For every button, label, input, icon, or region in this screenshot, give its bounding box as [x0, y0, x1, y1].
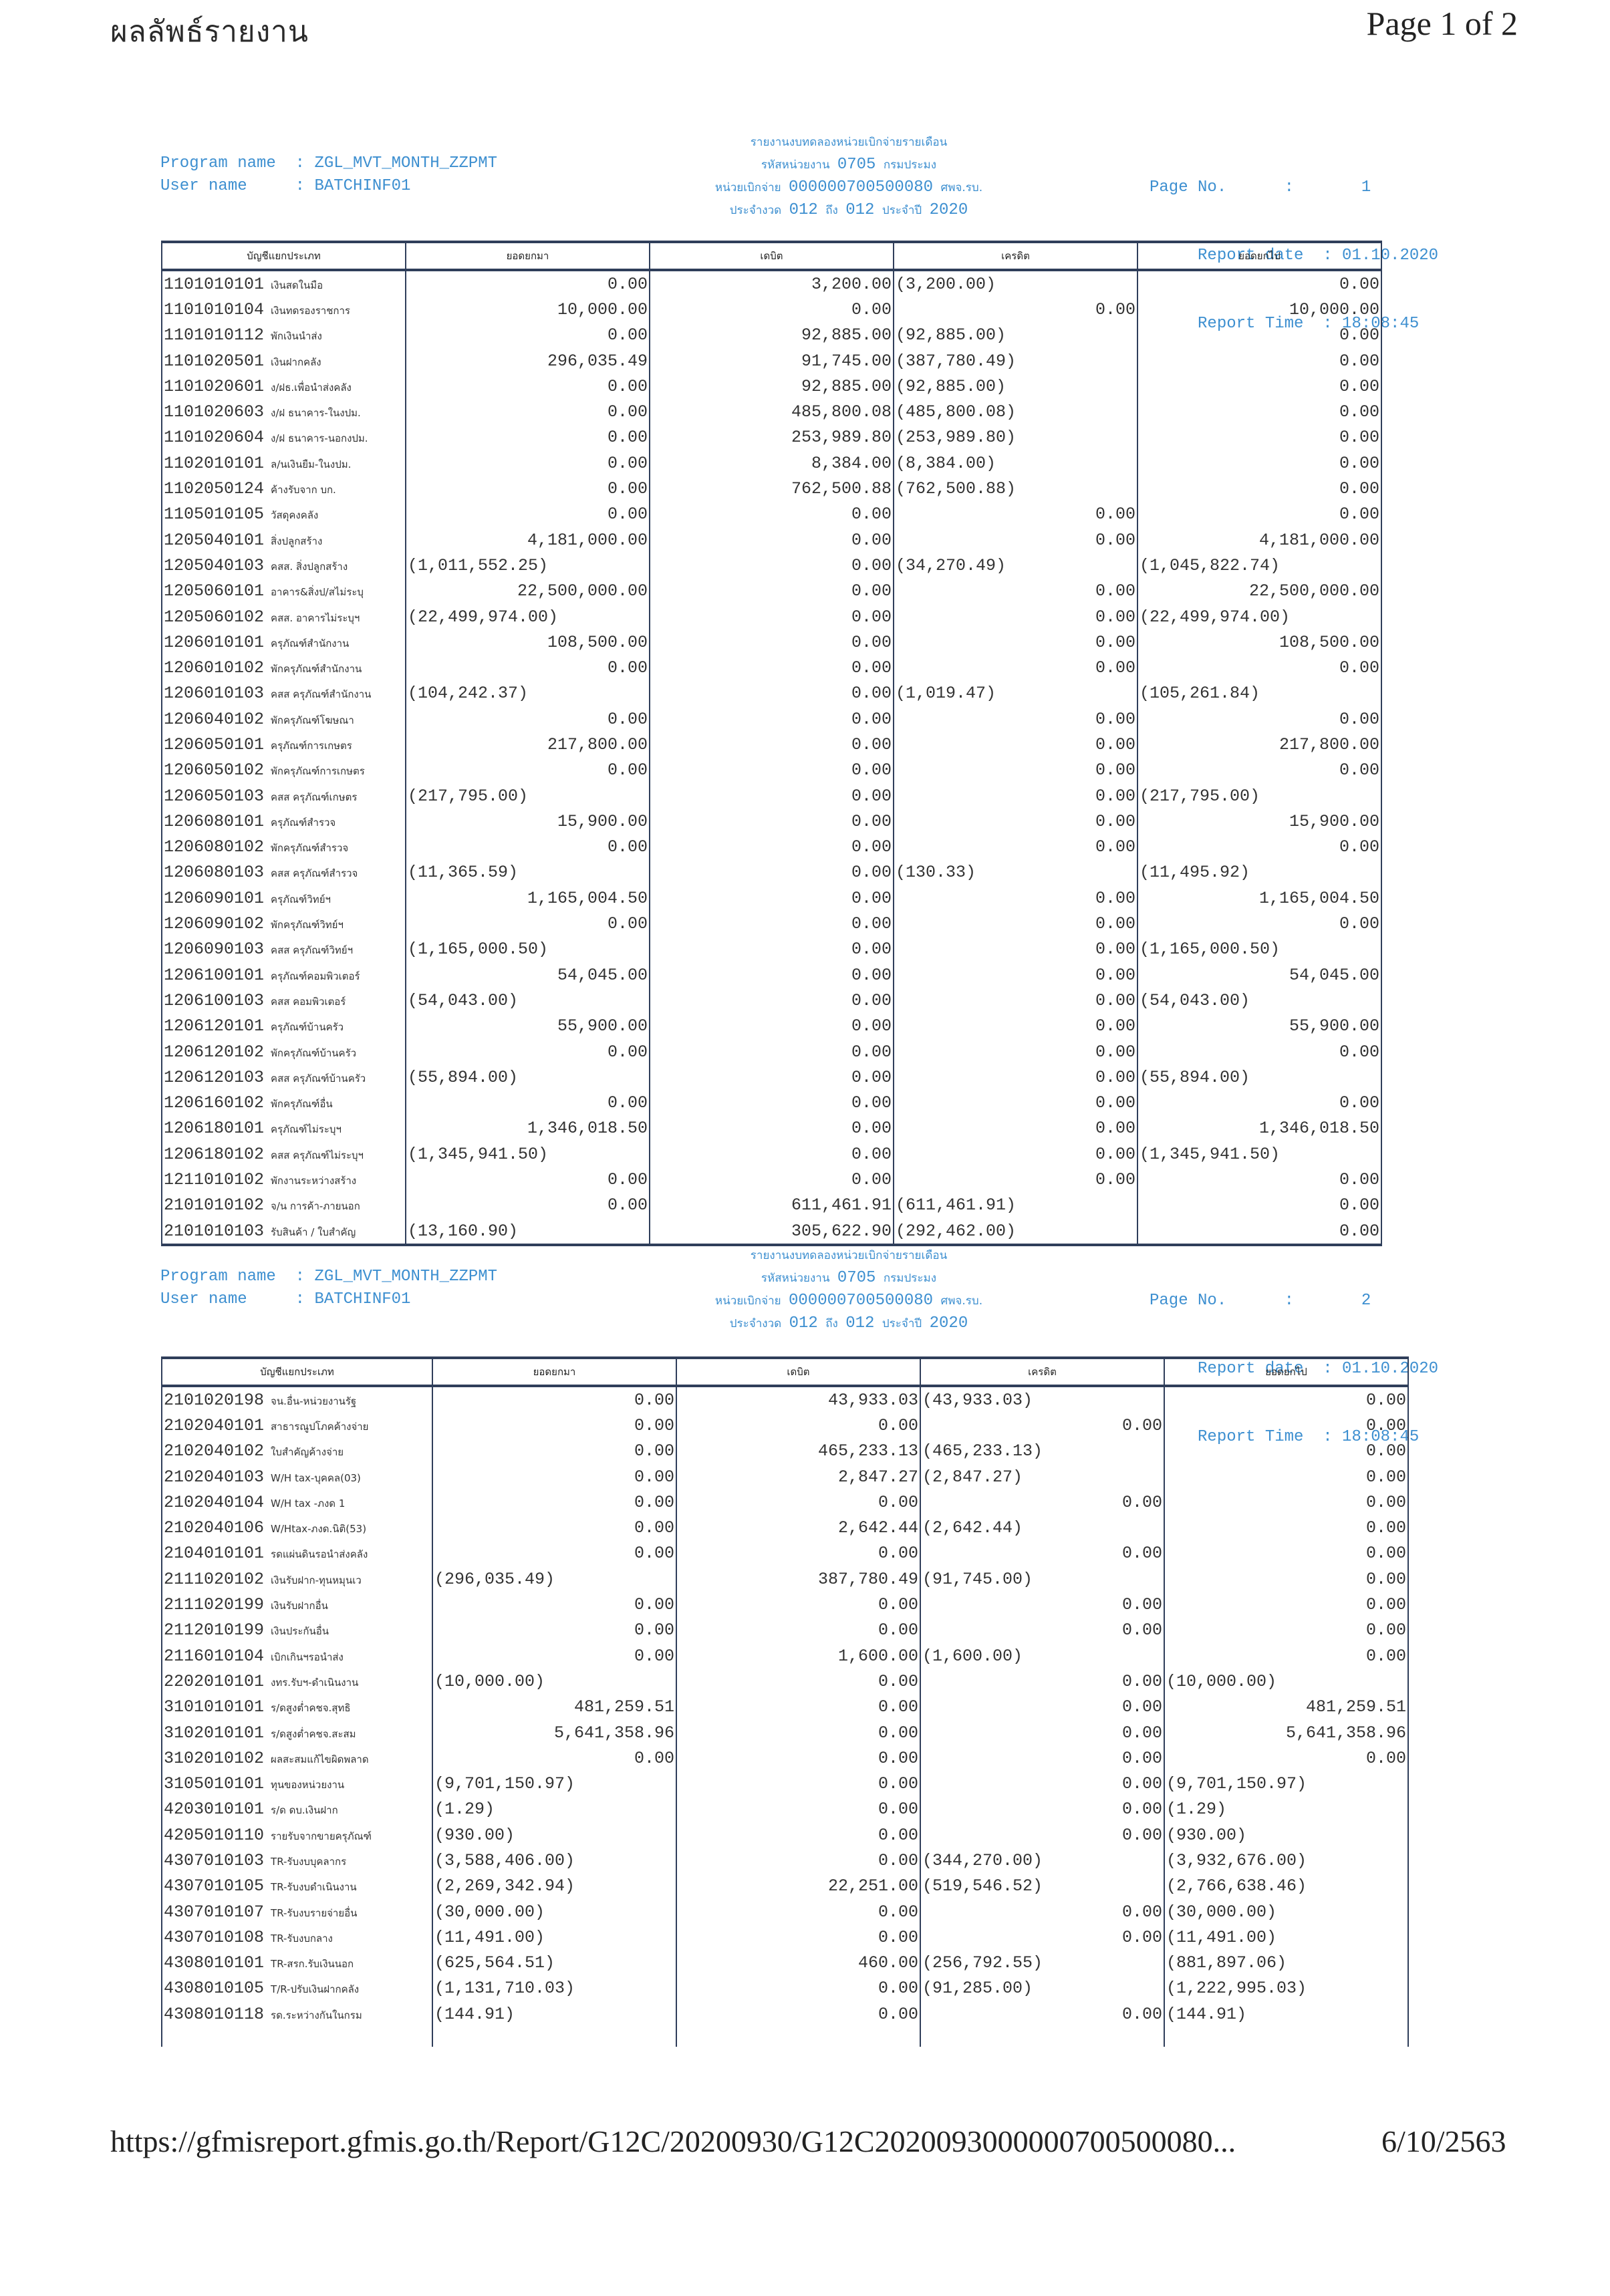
opening-balance-cell: 5,641,358.96 [432, 1720, 676, 1745]
credit-cell: 0.00 [920, 1899, 1164, 1924]
closing-balance-value: 0.00 [1339, 454, 1379, 473]
opening-balance-value: 0.00 [634, 1595, 674, 1614]
account-name: เงินรับฝากอื่น [271, 1600, 328, 1612]
credit-cell: 0.00 [894, 732, 1137, 757]
opening-balance-value: (930.00) [434, 1826, 515, 1845]
debit-value: 0.00 [851, 837, 892, 857]
opening-balance-cell: 0.00 [432, 1439, 676, 1464]
account-name: เงินประกันอื่น [271, 1625, 329, 1637]
col-closing: ยอดยกไป [1137, 242, 1381, 270]
credit-value: (256,792.55) [922, 1953, 1043, 1973]
year-label: ประจำปี [882, 1317, 922, 1330]
closing-balance-value: 54,045.00 [1289, 966, 1379, 985]
closing-balance-value: 0.00 [1339, 505, 1379, 524]
debit-value: 22,251.00 [828, 1876, 918, 1896]
opening-balance-value: (3,588,406.00) [434, 1851, 575, 1870]
opening-balance-cell: (13,160.90) [406, 1218, 650, 1245]
closing-balance-value: 0.00 [1366, 1467, 1406, 1487]
credit-value: 0.00 [1095, 710, 1135, 729]
closing-balance-value: 22,500,000.00 [1249, 581, 1379, 601]
table-row: 1206010101ครุภัณฑ์สำนักงาน108,500.000.00… [162, 629, 1381, 655]
closing-balance-cell: (2,766,638.46) [1164, 1874, 1408, 1899]
credit-cell: 0.00 [894, 962, 1137, 988]
debit-cell: 0.00 [676, 1822, 920, 1848]
credit-cell: (92,885.00) [894, 374, 1137, 399]
account-cell: 1205060102คสส. อาคารไม่ระบุฯ [162, 604, 406, 629]
credit-value: 0.00 [1095, 760, 1135, 780]
closing-balance-value: 217,800.00 [1279, 735, 1379, 754]
closing-balance-value: 0.00 [1339, 402, 1379, 422]
opening-balance-value: (10,000.00) [434, 1672, 545, 1691]
debit-value: 0.00 [851, 914, 892, 934]
opening-balance-cell: (1,011,552.25) [406, 553, 650, 578]
account-cell: 1206040102พักครุภัณฑ์โฆษณา [162, 706, 406, 732]
account-cell: 2202010101งทร.รับฯ-ดำเนินงาน [162, 1669, 432, 1694]
account-code: 1101010112 [164, 325, 264, 345]
credit-value: 0.00 [1095, 531, 1135, 550]
debit-cell: 0.00 [650, 655, 894, 680]
closing-balance-cell: 54,045.00 [1137, 962, 1381, 988]
account-name: ครุภัณฑ์คอมพิวเตอร์ [271, 970, 360, 982]
opening-balance-cell: (104,242.37) [406, 681, 650, 706]
account-code: 1206010102 [164, 658, 264, 678]
closing-balance-value: (10,000.00) [1166, 1672, 1277, 1691]
debit-cell: 0.00 [650, 629, 894, 655]
opening-balance-cell: 0.00 [406, 270, 650, 297]
account-cell: 1206010102พักครุภัณฑ์สำนักงาน [162, 655, 406, 680]
credit-value: (43,933.03) [922, 1391, 1033, 1410]
opening-balance-cell: 0.00 [406, 1039, 650, 1064]
debit-cell: 305,622.90 [650, 1218, 894, 1245]
credit-cell: 0.00 [894, 1116, 1137, 1141]
closing-balance-cell: 108,500.00 [1137, 629, 1381, 655]
account-name: คสส คอมพิวเตอร์ [271, 996, 346, 1008]
debit-cell: 0.00 [676, 1592, 920, 1617]
credit-value: 0.00 [1095, 1170, 1135, 1189]
account-code: 4307010107 [164, 1902, 264, 1922]
credit-value: (292,462.00) [896, 1222, 1016, 1241]
credit-value: (344,270.00) [922, 1851, 1043, 1870]
account-cell: 1101020501เงินฝากคลัง [162, 348, 406, 374]
credit-cell: (465,233.13) [920, 1439, 1164, 1464]
opening-balance-cell: (3,588,406.00) [432, 1848, 676, 1873]
account-name: จน.อื่น-หน่วยงานรัฐ [271, 1395, 356, 1407]
credit-cell: 0.00 [894, 1167, 1137, 1192]
debit-value: 0.00 [878, 1544, 918, 1563]
closing-balance-cell: 481,259.51 [1164, 1695, 1408, 1720]
account-name: ครุภัณฑ์บ้านครัว [271, 1021, 344, 1033]
debit-value: 465,233.13 [818, 1441, 918, 1461]
opening-balance-value: 0.00 [608, 710, 648, 729]
opening-balance-cell: (144.91) [432, 2001, 676, 2027]
credit-value: 0.00 [1095, 1042, 1135, 1062]
credit-value: (3,200.00) [896, 275, 996, 294]
debit-cell: 0.00 [650, 1141, 894, 1167]
opening-balance-value: (1,345,941.50) [408, 1145, 548, 1164]
credit-value: 0.00 [1095, 812, 1135, 831]
table-row: 1211010102พักงานระหว่างสร้าง0.000.000.00… [162, 1167, 1381, 1192]
credit-value: 0.00 [1095, 607, 1135, 627]
account-cell: 3101010101ร/ดสูงต่ำคชจ.สุทธิ [162, 1695, 432, 1720]
opening-balance-value: 0.00 [634, 1493, 674, 1512]
account-code: 1206100103 [164, 991, 264, 1010]
credit-value: 0.00 [1095, 1093, 1135, 1113]
table-row: 2101020198จน.อื่น-หน่วยงานรัฐ0.0043,933.… [162, 1386, 1408, 1413]
opening-balance-cell: 217,800.00 [406, 732, 650, 757]
debit-cell: 0.00 [650, 885, 894, 911]
account-cell: 1206080103คสส ครุภัณฑ์สำรวจ [162, 860, 406, 885]
debit-value: 1,600.00 [838, 1646, 918, 1666]
opening-balance-cell: 0.00 [432, 1464, 676, 1489]
opening-balance-cell: (1,165,000.50) [406, 937, 650, 962]
account-cell: 2101020198จน.อื่น-หน่วยงานรัฐ [162, 1386, 432, 1413]
opening-balance-value: (30,000.00) [434, 1902, 545, 1922]
closing-balance-cell: 1,165,004.50 [1137, 885, 1381, 911]
opening-balance-cell: 0.00 [432, 1592, 676, 1617]
account-cell: 1205040101สิ่งปลูกสร้าง [162, 527, 406, 553]
closing-balance-cell: 0.00 [1164, 1643, 1408, 1669]
account-code: 1205040103 [164, 556, 264, 575]
credit-cell: 0.00 [920, 1413, 1164, 1438]
credit-cell: (762,500.88) [894, 476, 1137, 501]
account-name: ร/ดสูงต่ำคชจ.สุทธิ [271, 1702, 350, 1714]
opening-balance-cell: 0.00 [406, 1167, 650, 1192]
account-name: TR-รับงบดำเนินงาน [271, 1881, 357, 1893]
closing-balance-cell: 0.00 [1137, 399, 1381, 424]
agency-prefix: รหัสหน่วยงาน [761, 158, 830, 172]
closing-balance-cell: 0.00 [1164, 1745, 1408, 1771]
closing-balance-cell: 0.00 [1164, 1413, 1408, 1438]
debit-cell: 0.00 [676, 1848, 920, 1873]
closing-balance-value: (11,495.92) [1139, 863, 1250, 882]
credit-value: 0.00 [1095, 505, 1135, 524]
credit-value: 0.00 [1122, 1672, 1162, 1691]
credit-cell: 0.00 [894, 911, 1137, 936]
account-cell: 1206160102พักครุภัณฑ์อื่น [162, 1091, 406, 1116]
account-cell: 1101020604ง/ฝ ธนาคาร-นอกงปม. [162, 425, 406, 450]
opening-balance-cell: (1,345,941.50) [406, 1141, 650, 1167]
account-name: พักครุภัณฑ์วิทย์ฯ [271, 919, 344, 931]
debit-cell: 0.00 [650, 502, 894, 527]
credit-cell: (92,885.00) [894, 323, 1137, 348]
page-title: ผลลัพธ์รายงาน [110, 8, 309, 55]
credit-cell: 0.00 [894, 579, 1137, 604]
disb-prefix: หน่วยเบิกจ่าย [715, 181, 781, 194]
debit-value: 2,642.44 [838, 1518, 918, 1538]
debit-cell: 2,642.44 [676, 1515, 920, 1540]
table-row: 1206080101ครุภัณฑ์สำรวจ15,900.000.000.00… [162, 809, 1381, 834]
col-credit: เครดิต [894, 242, 1137, 270]
opening-balance-cell: (296,035.49) [432, 1566, 676, 1592]
closing-balance-value: (22,499,974.00) [1139, 607, 1290, 627]
table-row: 1101010101เงินสดในมือ0.003,200.00(3,200.… [162, 270, 1381, 297]
account-code: 1206090102 [164, 914, 264, 934]
table-header-row: บัญชีแยกประเภท ยอดยกมา เดบิต เครดิต ยอดย… [162, 242, 1381, 270]
opening-balance-value: 0.00 [608, 1195, 648, 1215]
credit-cell: (34,270.49) [894, 553, 1137, 578]
closing-balance-value: (2,766,638.46) [1166, 1876, 1307, 1896]
account-name: ครุภัณฑ์สำนักงาน [271, 637, 349, 650]
account-code: 3102010102 [164, 1749, 264, 1768]
closing-balance-value: 0.00 [1366, 1749, 1406, 1768]
agency-name: กรมประมง [884, 1272, 936, 1285]
account-cell: 4307010103TR-รับงบบุคลากร [162, 1848, 432, 1873]
debit-value: 0.00 [878, 1595, 918, 1614]
debit-value: 387,780.49 [818, 1570, 918, 1589]
closing-balance-cell: (11,495.92) [1137, 860, 1381, 885]
account-code: 4307010103 [164, 1851, 264, 1870]
period-from: 012 [789, 201, 818, 219]
credit-cell: 0.00 [894, 502, 1137, 527]
closing-balance-value: (11,491.00) [1166, 1928, 1277, 1947]
debit-cell: 0.00 [676, 1618, 920, 1643]
opening-balance-cell: (22,499,974.00) [406, 604, 650, 629]
debit-cell: 0.00 [650, 706, 894, 732]
opening-balance-value: 22,500,000.00 [517, 581, 648, 601]
closing-balance-value: (881,897.06) [1166, 1953, 1287, 1973]
account-name: วัสดุคงคลัง [271, 509, 318, 521]
opening-balance-value: (1,131,710.03) [434, 1979, 575, 1998]
debit-value: 0.00 [851, 607, 892, 627]
account-cell: 2101010103รับสินค้า / ใบสำคัญ [162, 1218, 406, 1245]
opening-balance-value: (13,160.90) [408, 1222, 518, 1241]
opening-balance-cell: 1,346,018.50 [406, 1116, 650, 1141]
account-cell: 2102040106W/Htax-ภงด.นิติ(53) [162, 1515, 432, 1540]
debit-cell: 0.00 [676, 1745, 920, 1771]
account-cell: 4307010105TR-รับงบดำเนินงาน [162, 1874, 432, 1899]
debit-value: 0.00 [878, 1749, 918, 1768]
closing-balance-cell: 0.00 [1137, 450, 1381, 476]
opening-balance-value: 4,181,000.00 [527, 531, 648, 550]
opening-balance-value: (22,499,974.00) [408, 607, 558, 627]
account-cell: 2102040102ใบสำคัญค้างจ่าย [162, 1439, 432, 1464]
table-row: 1206080102พักครุภัณฑ์สำรวจ0.000.000.000.… [162, 835, 1381, 860]
table-row: 1101020601ง/ฝธ.เพื่อนำส่งคลัง0.0092,885.… [162, 374, 1381, 399]
account-cell: 1206050101ครุภัณฑ์การเกษตร [162, 732, 406, 757]
account-cell: 1206090101ครุภัณฑ์วิทย์ฯ [162, 885, 406, 911]
table-row: 2104010101รดแผ่นดินรอนำส่งคลัง0.000.000.… [162, 1541, 1408, 1566]
account-cell: 4203010101ร/ด ดบ.เงินฝาก [162, 1797, 432, 1822]
closing-balance-cell: (1,345,941.50) [1137, 1141, 1381, 1167]
opening-balance-value: 217,800.00 [547, 735, 648, 754]
opening-balance-cell: 296,035.49 [406, 348, 650, 374]
opening-balance-cell: (54,043.00) [406, 988, 650, 1013]
agency-code: 0705 [837, 156, 876, 174]
opening-balance-value: 0.00 [608, 1042, 648, 1062]
opening-balance-value: 0.00 [608, 1170, 648, 1189]
debit-cell: 2,847.27 [676, 1464, 920, 1489]
user-name: User name : BATCHINF01 [160, 1288, 497, 1311]
closing-balance-cell: (1,222,995.03) [1164, 1976, 1408, 2001]
col-closing: ยอดยกไป [1164, 1358, 1408, 1386]
debit-value: 0.00 [878, 1800, 918, 1819]
account-name: ครุภัณฑ์ไม่ระบุฯ [271, 1123, 342, 1135]
opening-balance-cell: 0.00 [406, 450, 650, 476]
table-row: 1206010103คสส ครุภัณฑ์สำนักงาน(104,242.3… [162, 681, 1381, 706]
closing-balance-cell: (9,701,150.97) [1164, 1771, 1408, 1796]
account-cell: 1206090102พักครุภัณฑ์วิทย์ฯ [162, 911, 406, 936]
report-center-title: รายงานงบทดลองหน่วยเบิกจ่ายรายเดือน รหัสห… [642, 131, 1056, 222]
credit-cell: 0.00 [894, 706, 1137, 732]
closing-balance-value: (1,222,995.03) [1166, 1979, 1307, 1998]
closing-balance-cell: (105,261.84) [1137, 681, 1381, 706]
account-name: ร/ดสูงต่ำคชจ.สะสม [271, 1728, 356, 1740]
account-name: ทุนของหน่วยงาน [271, 1779, 344, 1791]
account-cell: 2116010104เบิกเกินฯรอนำส่ง [162, 1643, 432, 1669]
table-row: 1205040101สิ่งปลูกสร้าง4,181,000.000.000… [162, 527, 1381, 553]
account-code: 2111020102 [164, 1570, 264, 1589]
credit-cell: (2,642.44) [920, 1515, 1164, 1540]
ledger-table-page-2: บัญชีแยกประเภท ยอดยกมา เดบิต เครดิต ยอดย… [161, 1356, 1409, 2047]
credit-value: 0.00 [1122, 1544, 1162, 1563]
debit-value: 0.00 [878, 1672, 918, 1691]
account-cell: 1206050103คสส ครุภัณฑ์เกษตร [162, 783, 406, 809]
credit-cell: (485,800.08) [894, 399, 1137, 424]
account-name: อาคาร&สิ่งป/สไม่ระบุ [271, 586, 364, 598]
credit-value: 0.00 [1095, 1119, 1135, 1138]
account-code: 2101020198 [164, 1391, 264, 1410]
account-cell: 1206080102พักครุภัณฑ์สำรวจ [162, 835, 406, 860]
credit-value: (92,885.00) [896, 377, 1006, 396]
credit-cell: 0.00 [894, 1091, 1137, 1116]
closing-balance-value: (144.91) [1166, 2005, 1246, 2024]
account-name: พักครุภัณฑ์สำรวจ [271, 842, 348, 854]
account-code: 1206120103 [164, 1068, 264, 1087]
opening-balance-value: (296,035.49) [434, 1570, 555, 1589]
closing-balance-value: 5,641,358.96 [1286, 1723, 1406, 1743]
table-row: 4203010101ร/ด ดบ.เงินฝาก(1.29)0.000.00(1… [162, 1797, 1408, 1822]
credit-value: (519,546.52) [922, 1876, 1043, 1896]
debit-value: 0.00 [851, 658, 892, 678]
opening-balance-cell: (9,701,150.97) [432, 1771, 676, 1796]
account-name: ค้างรับจาก บก. [271, 484, 336, 496]
opening-balance-value: 15,900.00 [557, 812, 648, 831]
credit-cell: 0.00 [920, 1771, 1164, 1796]
disb-name: ศพจ.รบ. [940, 1294, 982, 1308]
account-cell: 3102010102ผลสะสมแก้ไขผิดพลาด [162, 1745, 432, 1771]
account-code: 1102050124 [164, 479, 264, 498]
debit-value: 0.00 [878, 1620, 918, 1640]
debit-cell: 0.00 [650, 1014, 894, 1039]
account-cell: 2111020102เงินรับฝาก-ทุนหมุนเว [162, 1566, 432, 1592]
closing-balance-cell: 0.00 [1164, 1439, 1408, 1464]
account-name: ครุภัณฑ์วิทย์ฯ [271, 893, 331, 905]
opening-balance-cell: 0.00 [432, 1489, 676, 1515]
credit-cell: 0.00 [894, 1014, 1137, 1039]
account-code: 1102010101 [164, 454, 264, 473]
debit-value: 0.00 [851, 581, 892, 601]
credit-cell: 0.00 [894, 629, 1137, 655]
table-row: 2202010101งทร.รับฯ-ดำเนินงาน(10,000.00)0… [162, 1669, 1408, 1694]
program-name: Program name : ZGL_MVT_MONTH_ZZPMT [160, 1266, 497, 1288]
account-name: คสส ครุภัณฑ์บ้านครัว [271, 1072, 366, 1085]
account-cell: 3102010101ร/ดสูงต่ำคชจ.สะสม [162, 1720, 432, 1745]
account-cell: 1206080101ครุภัณฑ์สำรวจ [162, 809, 406, 834]
account-cell: 1206180102คสส ครุภัณฑ์ไม่ระบุฯ [162, 1141, 406, 1167]
debit-cell: 0.00 [650, 681, 894, 706]
credit-cell: (344,270.00) [920, 1848, 1164, 1873]
debit-cell: 92,885.00 [650, 374, 894, 399]
debit-value: 92,885.00 [801, 325, 892, 345]
debit-cell: 0.00 [676, 1797, 920, 1822]
opening-balance-value: (2,269,342.94) [434, 1876, 575, 1896]
closing-balance-cell: 5,641,358.96 [1164, 1720, 1408, 1745]
credit-value: (34,270.49) [896, 556, 1006, 575]
debit-cell: 8,384.00 [650, 450, 894, 476]
opening-balance-cell: 0.00 [406, 374, 650, 399]
account-cell: 1205060101อาคาร&สิ่งป/สไม่ระบุ [162, 579, 406, 604]
account-cell: 1105010105วัสดุคงคลัง [162, 502, 406, 527]
opening-balance-value: 10,000.00 [557, 300, 648, 319]
opening-balance-cell: 0.00 [406, 1091, 650, 1116]
page-count: Page 1 of 2 [1367, 4, 1518, 43]
account-name: คสส. สิ่งปลูกสร้าง [271, 561, 348, 573]
opening-balance-cell: 4,181,000.00 [406, 527, 650, 553]
opening-balance-value: 0.00 [608, 428, 648, 447]
account-cell: 4307010107TR-รับงบรายจ่ายอื่น [162, 1899, 432, 1924]
debit-cell: 0.00 [650, 297, 894, 322]
opening-balance-value: 0.00 [608, 1093, 648, 1113]
table-row: 4307010103TR-รับงบบุคลากร(3,588,406.00)0… [162, 1848, 1408, 1873]
period-prefix: ประจำงวด [730, 1317, 781, 1330]
account-name: พักครุภัณฑ์อื่น [271, 1098, 333, 1110]
opening-balance-value: 0.00 [608, 914, 648, 934]
debit-value: 91,745.00 [801, 351, 892, 371]
credit-value: 0.00 [1122, 1620, 1162, 1640]
account-code: 2104010101 [164, 1544, 264, 1563]
debit-value: 0.00 [851, 1119, 892, 1138]
account-name: W/H tax-บุคคล(03) [271, 1472, 361, 1484]
closing-balance-cell: 217,800.00 [1137, 732, 1381, 757]
closing-balance-value: (1,045,822.74) [1139, 556, 1280, 575]
page-no: Page No. : 1 [1150, 176, 1438, 199]
closing-balance-value: 0.00 [1339, 1042, 1379, 1062]
opening-balance-value: (54,043.00) [408, 991, 518, 1010]
debit-cell: 253,989.80 [650, 425, 894, 450]
opening-balance-cell: (10,000.00) [432, 1669, 676, 1694]
closing-balance-value: (9,701,150.97) [1166, 1774, 1307, 1793]
account-name: พักครุภัณฑ์บ้านครัว [271, 1047, 356, 1059]
opening-balance-value: (217,795.00) [408, 786, 528, 806]
closing-balance-value: (1,345,941.50) [1139, 1145, 1280, 1164]
opening-balance-cell: 0.00 [406, 706, 650, 732]
debit-cell: 0.00 [676, 1695, 920, 1720]
opening-balance-cell: 54,045.00 [406, 962, 650, 988]
table-row: 1206100101ครุภัณฑ์คอมพิวเตอร์54,045.000.… [162, 962, 1381, 988]
closing-balance-cell: (3,932,676.00) [1164, 1848, 1408, 1873]
account-cell: 2112010199เงินประกันอื่น [162, 1618, 432, 1643]
closing-balance-cell: 0.00 [1137, 323, 1381, 348]
table-row: 1206010102พักครุภัณฑ์สำนักงาน0.000.000.0… [162, 655, 1381, 680]
debit-cell: 485,800.08 [650, 399, 894, 424]
account-name: รับสินค้า / ใบสำคัญ [271, 1226, 356, 1238]
closing-balance-value: 108,500.00 [1279, 633, 1379, 652]
closing-balance-cell: (144.91) [1164, 2001, 1408, 2027]
credit-cell: 0.00 [894, 988, 1137, 1013]
account-code: 4308010118 [164, 2005, 264, 2024]
account-code: 1206160102 [164, 1093, 264, 1113]
credit-value: 0.00 [1122, 1697, 1162, 1717]
debit-value: 0.00 [878, 1979, 918, 1998]
account-cell: 1206120102พักครุภัณฑ์บ้านครัว [162, 1039, 406, 1064]
closing-balance-cell: 0.00 [1137, 502, 1381, 527]
credit-value: 0.00 [1122, 1902, 1162, 1922]
credit-cell: 0.00 [894, 885, 1137, 911]
debit-cell: 0.00 [650, 1116, 894, 1141]
account-code: 4205010110 [164, 1826, 264, 1845]
account-cell: 2102040103W/H tax-บุคคล(03) [162, 1464, 432, 1489]
credit-cell: 0.00 [894, 937, 1137, 962]
